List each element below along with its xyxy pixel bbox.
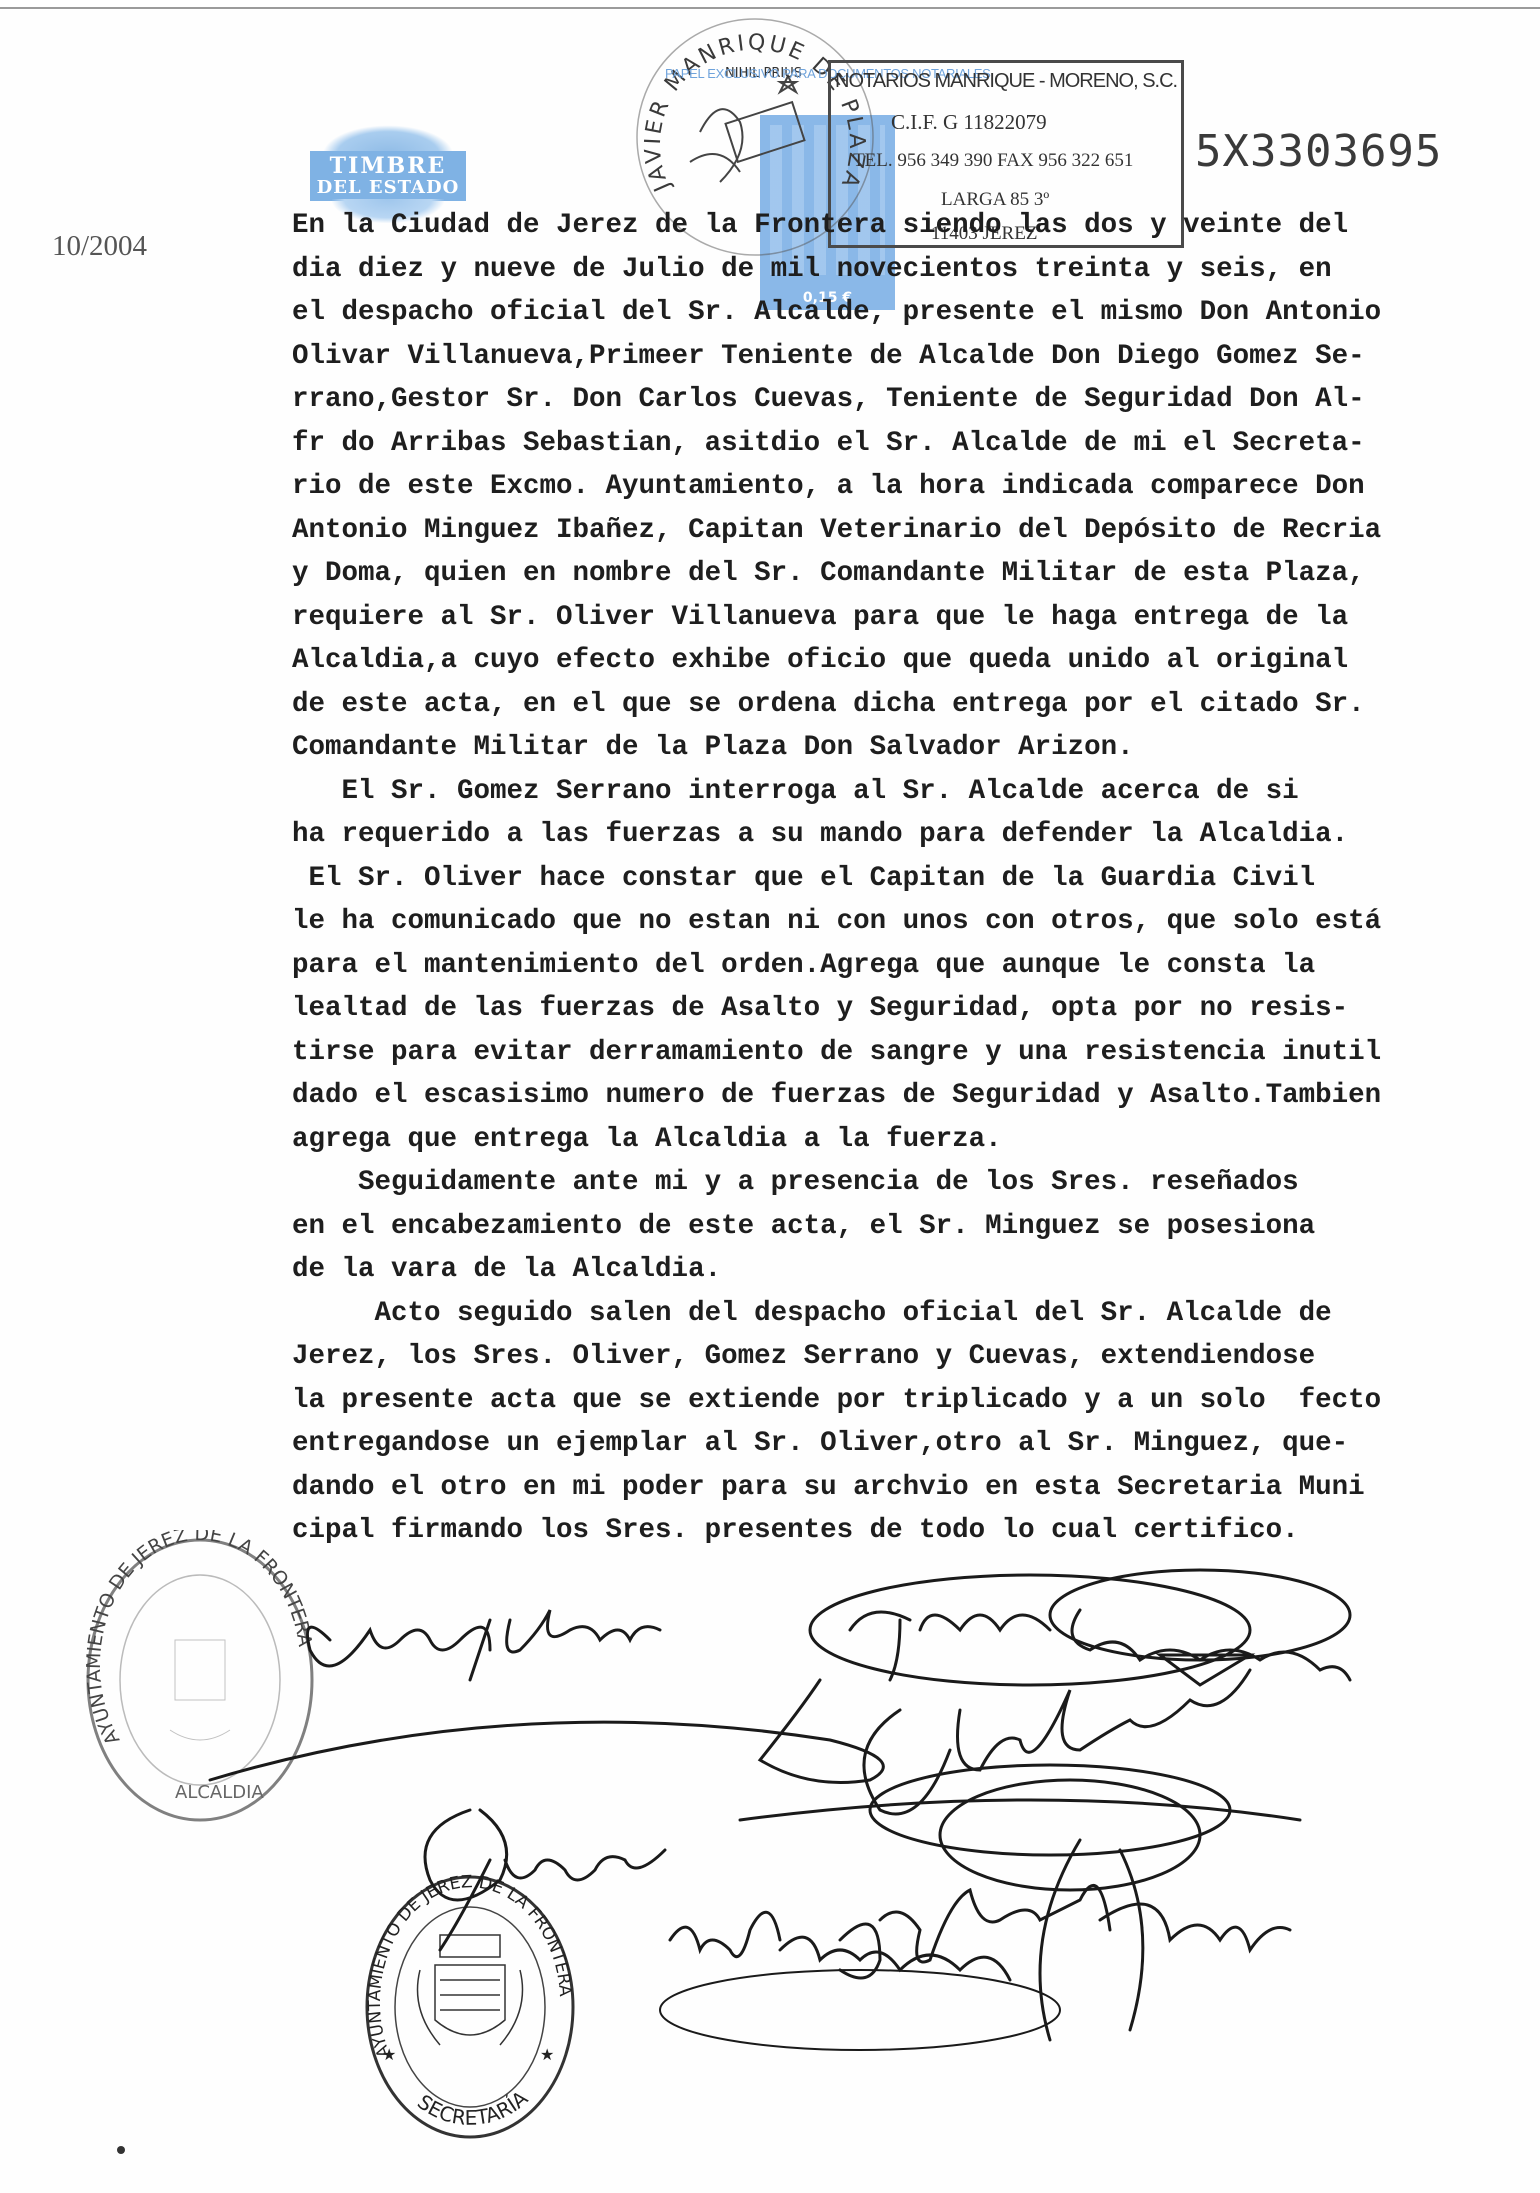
signatures-area: Antonio M. Oliver Antonio Minguez Gomez … [0,1560,1540,2080]
body-line: y Doma, quien en nombre del Sr. Comandan… [292,552,1492,596]
signature-cuevas [740,1670,1300,1890]
body-line: requiere al Sr. Oliver Villanueva para q… [292,596,1492,640]
body-line: el despacho oficial del Sr. Alcalde, pre… [292,291,1492,335]
signature-oliver [210,1610,883,1783]
body-line: ha requerido a las fuerzas a su mando pa… [292,813,1492,857]
reference-number: 10/2004 [52,230,147,263]
body-line: Jerez, los Sres. Oliver, Gomez Serrano y… [292,1335,1492,1379]
body-line: de la vara de la Alcaldia. [292,1248,1492,1292]
body-line: lealtad de las fuerzas de Asalto y Segur… [292,987,1492,1031]
signature-minguez [810,1570,1350,1685]
body-line: agrega que entrega la Alcaldia a la fuer… [292,1118,1492,1162]
signature-gomez [425,1810,665,1950]
notary-name: NOTARIOS MANRIQUE - MORENO, S.C. [835,70,1177,93]
typed-body-text: En la Ciudad de Jerez de la Frontera sie… [292,204,1492,1553]
body-line: le ha comunicado que no estan ni con uno… [292,900,1492,944]
body-line: El Sr. Oliver hace constar que el Capita… [292,857,1492,901]
body-line: para el mantenimiento del orden.Agrega q… [292,944,1492,988]
document-page: 10/2004 TIMBRE DEL ESTADO 0,15 € JAVIER … [0,0,1540,2193]
signature-arribas [840,1840,1290,2040]
notary-phone: TEL. 956 349 390 FAX 956 322 651 [853,150,1133,172]
body-line: tirse para evitar derramamiento de sangr… [292,1031,1492,1075]
body-line: Seguidamente ante mi y a presencia de lo… [292,1161,1492,1205]
ink-dot [117,2146,125,2154]
body-line: rrano,Gestor Sr. Don Carlos Cuevas, Teni… [292,378,1492,422]
body-line: entregandose un ejemplar al Sr. Oliver,o… [292,1422,1492,1466]
body-line: En la Ciudad de Jerez de la Frontera sie… [292,204,1492,248]
body-line: El Sr. Gomez Serrano interroga al Sr. Al… [292,770,1492,814]
body-line: en el encabezamiento de este acta, el Sr… [292,1205,1492,1249]
body-line: dia diez y nueve de Julio de mil novecie… [292,248,1492,292]
body-line: Alcaldia,a cuyo efecto exhibe oficio que… [292,639,1492,683]
timbre-line-2: DEL ESTADO [310,177,466,198]
body-line: Comandante Militar de la Plaza Don Salva… [292,726,1492,770]
body-line: Olivar Villanueva,Primeer Teniente de Al… [292,335,1492,379]
signature-armas [660,1912,1060,2050]
body-line: de este acta, en el que se ordena dicha … [292,683,1492,727]
body-line: cipal firmando los Sres. presentes de to… [292,1509,1492,1553]
serial-number: 5X3303695 [1195,126,1442,177]
body-line: rio de este Excmo. Ayuntamiento, a la ho… [292,465,1492,509]
body-line: Antonio Minguez Ibañez, Capitan Veterina… [292,509,1492,553]
body-line: la presente acta que se extiende por tri… [292,1379,1492,1423]
body-line: Acto seguido salen del despacho oficial … [292,1292,1492,1336]
body-line: dado el escasisimo numero de fuerzas de … [292,1074,1492,1118]
notary-cif: C.I.F. G 11822079 [891,110,1047,135]
timbre-line-1: TIMBRE [310,153,466,179]
body-line: dando el otro en mi poder para su archvi… [292,1466,1492,1510]
body-line: fr do Arribas Sebastian, asitdio el Sr. … [292,422,1492,466]
top-border-line [0,7,1540,9]
